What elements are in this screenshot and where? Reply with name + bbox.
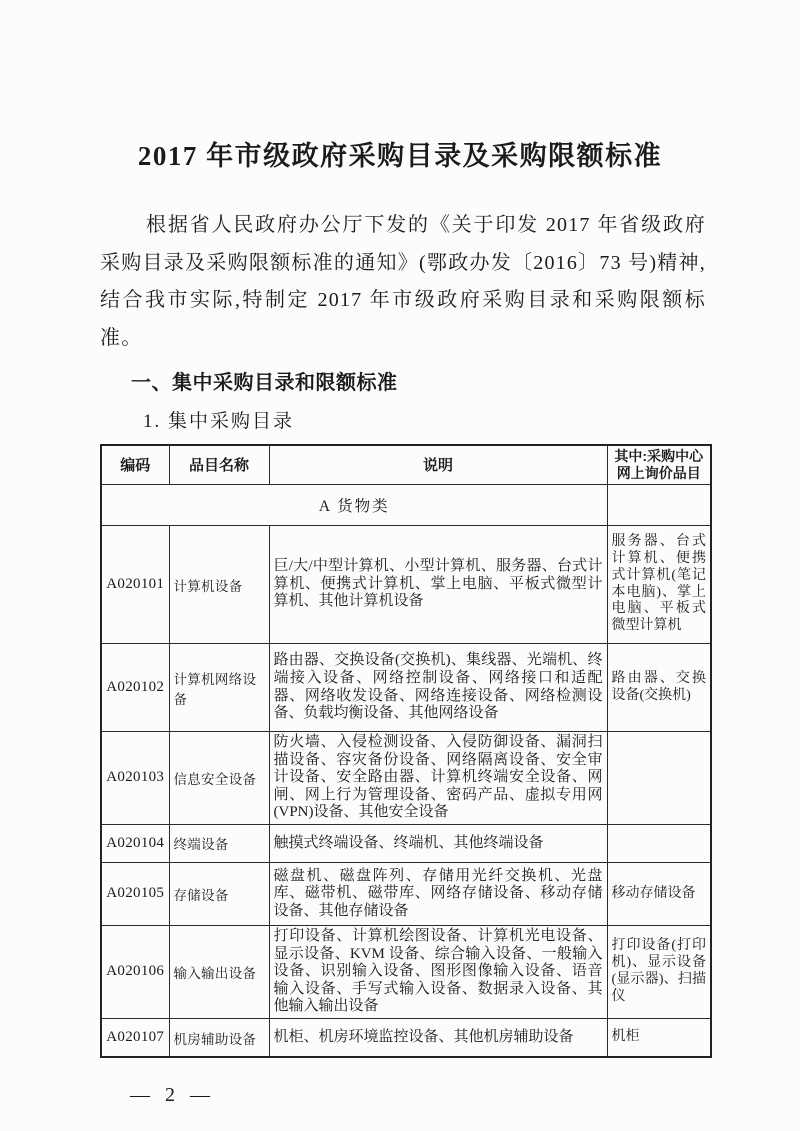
page-number: — 2 —: [130, 1084, 800, 1107]
table-row: A020107 机房辅助设备 机柜、机房环境监控设备、其他机房辅助设备 机柜: [101, 1018, 711, 1057]
cell-online-inquiry: [607, 824, 711, 862]
cell-item-name: 终端设备: [169, 824, 269, 862]
table-row: A020104 终端设备 触摸式终端设备、终端机、其他终端设备: [101, 824, 711, 862]
table-row: A020103 信息安全设备 防火墙、入侵检测设备、入侵防御设备、漏洞扫描设备、…: [101, 732, 711, 825]
page-title: 2017 年市级政府采购目录及采购限额标准: [0, 0, 800, 173]
procurement-catalog-table: 编码 品目名称 说明 其中:采购中心网上询价品目 A 货物类 A020101 计…: [100, 444, 712, 1058]
cell-code: A020106: [101, 925, 169, 1018]
cell-online-inquiry: [607, 732, 711, 825]
cell-code: A020107: [101, 1018, 169, 1057]
cell-item-name: 存储设备: [169, 862, 269, 925]
category-row: A 货物类: [101, 485, 711, 526]
cell-description: 打印设备、计算机绘图设备、计算机光电设备、显示设备、KVM 设备、综合输入设备、…: [269, 925, 607, 1018]
cell-code: A020104: [101, 824, 169, 862]
cell-code: A020102: [101, 644, 169, 732]
intro-paragraph: 根据省人民政府办公厅下发的《关于印发 2017 年省级政府采购目录及采购限额标准…: [100, 207, 706, 357]
cell-item-name: 机房辅助设备: [169, 1018, 269, 1057]
cell-description: 磁盘机、磁盘阵列、存储用光纤交换机、光盘库、磁带机、磁带库、网络存储设备、移动存…: [269, 862, 607, 925]
cell-online-inquiry: 路由器、交换设备(交换机): [607, 644, 711, 732]
cell-code: A020105: [101, 862, 169, 925]
cell-item-name: 计算机网络设备: [169, 644, 269, 732]
cell-online-inquiry: 服务器、台式计算机、便携式计算机(笔记本电脑)、掌上电脑、平板式微型计算机: [607, 526, 711, 644]
table-header-row: 编码 品目名称 说明 其中:采购中心网上询价品目: [101, 445, 711, 485]
cell-description: 巨/大/中型计算机、小型计算机、服务器、台式计算机、便携式计算机、掌上电脑、平板…: [269, 526, 607, 644]
category-label: A 货物类: [101, 485, 607, 526]
section-heading: 一、集中采购目录和限额标准: [131, 366, 800, 395]
cell-code: A020103: [101, 732, 169, 825]
table-row: A020106 输入输出设备 打印设备、计算机绘图设备、计算机光电设备、显示设备…: [101, 925, 711, 1018]
cell-code: A020101: [101, 526, 169, 644]
table-row: A020102 计算机网络设备 路由器、交换设备(交换机)、集线器、光端机、终端…: [101, 644, 711, 732]
category-online-inquiry-empty: [607, 485, 711, 526]
cell-online-inquiry: 打印设备(打印机)、显示设备(显示器)、扫描仪: [607, 925, 711, 1018]
header-description: 说明: [269, 445, 607, 485]
cell-description: 机柜、机房环境监控设备、其他机房辅助设备: [269, 1018, 607, 1057]
header-online-inquiry: 其中:采购中心网上询价品目: [607, 445, 711, 485]
table-row: A020105 存储设备 磁盘机、磁盘阵列、存储用光纤交换机、光盘库、磁带机、磁…: [101, 862, 711, 925]
cell-online-inquiry: 移动存储设备: [607, 862, 711, 925]
document-page: 2017 年市级政府采购目录及采购限额标准 根据省人民政府办公厅下发的《关于印发…: [0, 0, 800, 1131]
cell-item-name: 输入输出设备: [169, 925, 269, 1018]
header-item-name: 品目名称: [169, 445, 269, 485]
cell-item-name: 计算机设备: [169, 526, 269, 644]
table-row: A020101 计算机设备 巨/大/中型计算机、小型计算机、服务器、台式计算机、…: [101, 526, 711, 644]
cell-online-inquiry: 机柜: [607, 1018, 711, 1057]
subsection-heading: 1. 集中采购目录: [143, 406, 800, 433]
cell-description: 触摸式终端设备、终端机、其他终端设备: [269, 824, 607, 862]
cell-description: 防火墙、入侵检测设备、入侵防御设备、漏洞扫描设备、容灾备份设备、网络隔离设备、安…: [269, 732, 607, 825]
cell-item-name: 信息安全设备: [169, 732, 269, 825]
header-code: 编码: [101, 445, 169, 485]
cell-description: 路由器、交换设备(交换机)、集线器、光端机、终端接入设备、网络控制设备、网络接口…: [269, 644, 607, 732]
